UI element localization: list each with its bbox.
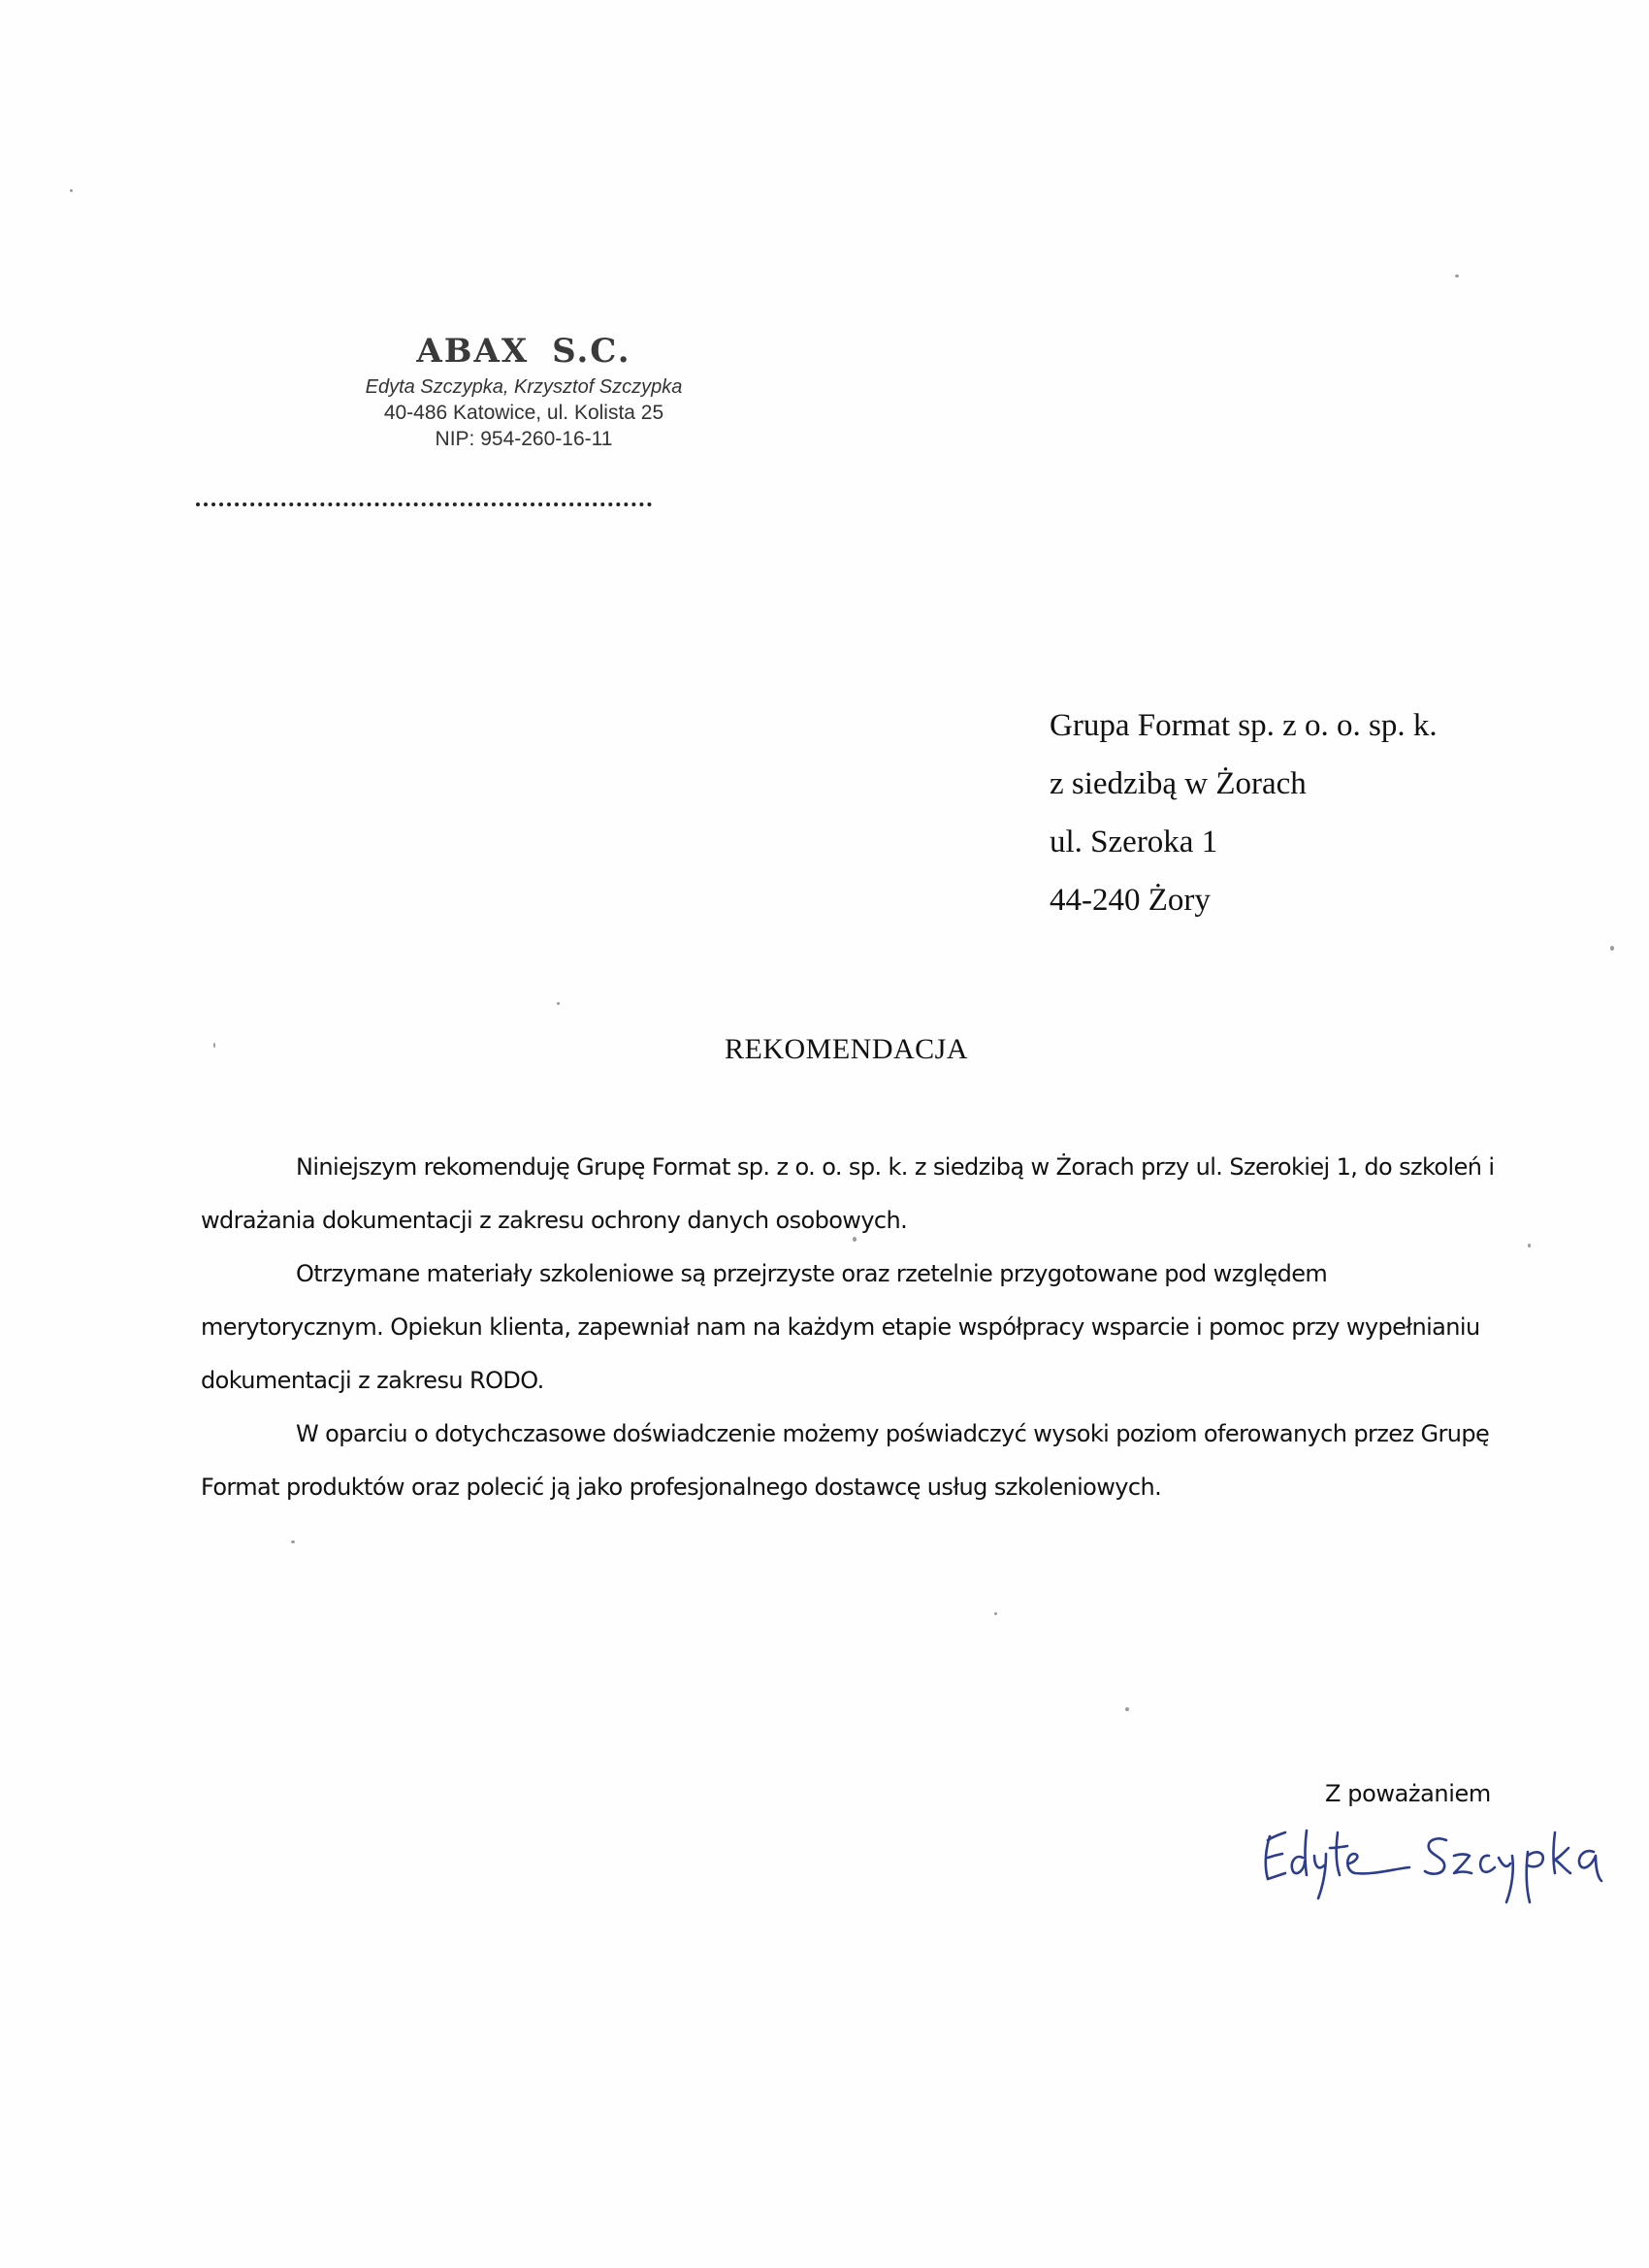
letter-page: ABAX S.C. Edyta Szczypka, Krzysztof Szcz… — [0, 0, 1649, 2268]
recipient-line: ul. Szeroka 1 — [1050, 813, 1438, 871]
scan-speck — [70, 189, 73, 192]
scan-speck — [1528, 1244, 1531, 1247]
sender-stamp: ABAX S.C. Edyta Szczypka, Krzysztof Szcz… — [320, 330, 727, 452]
recipient-line: Grupa Format sp. z o. o. sp. k. — [1050, 697, 1438, 755]
sender-nip: NIP: 954-260-16-11 — [320, 426, 727, 452]
scan-speck — [853, 1237, 857, 1242]
body-paragraph: Niniejszym rekomenduję Grupę Format sp. … — [201, 1141, 1501, 1247]
sender-owners: Edyta Szczypka, Krzysztof Szczypka — [320, 374, 727, 400]
scan-speck — [1610, 946, 1614, 951]
scan-speck — [1125, 1707, 1129, 1711]
sender-company-name: ABAX S.C. — [320, 330, 727, 373]
letter-heading: REKOMENDACJA — [0, 1033, 1649, 1066]
recipient-line: 44-240 Żory — [1050, 871, 1438, 929]
scan-speck — [213, 1043, 215, 1048]
scan-speck — [557, 1002, 560, 1005]
closing-salutation: Z poważaniem — [1325, 1780, 1491, 1807]
scan-speck — [994, 1612, 997, 1615]
body-paragraph: W oparciu o dotychczasowe doświadczenie … — [201, 1408, 1501, 1514]
body-paragraph: Otrzymane materiały szkoleniowe są przej… — [201, 1247, 1501, 1408]
recipient-address-block: Grupa Format sp. z o. o. sp. k. z siedzi… — [1050, 697, 1438, 929]
stamp-dotted-divider — [196, 502, 652, 506]
letter-body: Niniejszym rekomenduję Grupę Format sp. … — [201, 1141, 1501, 1514]
recipient-line: z siedzibą w Żorach — [1050, 755, 1438, 813]
scan-speck — [1455, 275, 1459, 277]
sender-address: 40-486 Katowice, ul. Kolista 25 — [320, 400, 727, 426]
scan-speck — [291, 1540, 295, 1543]
handwritten-signature — [1256, 1819, 1615, 1906]
